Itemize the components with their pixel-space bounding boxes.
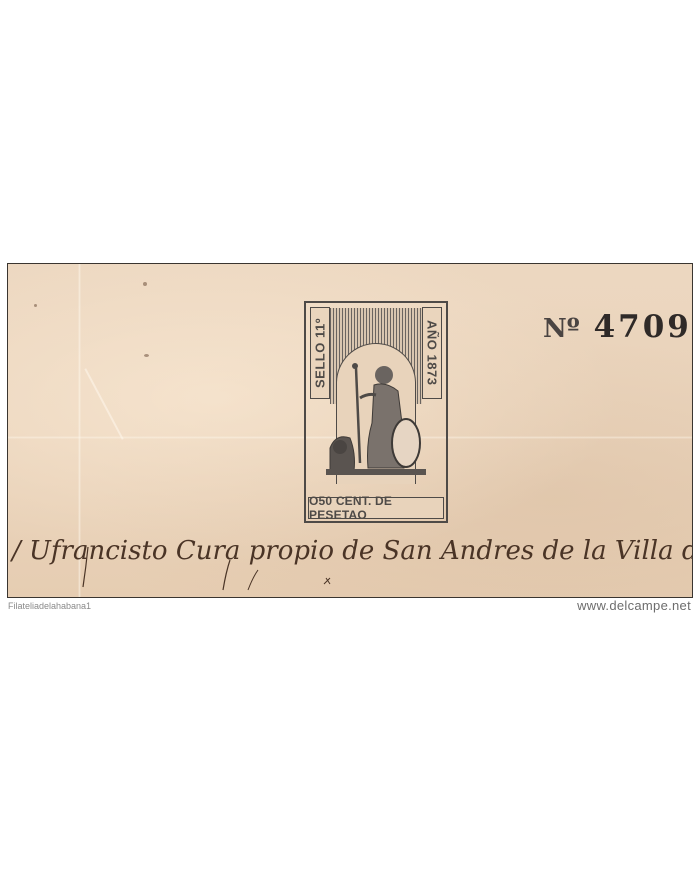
serial-number: Nº 4709	[543, 309, 692, 345]
stamp-series-label: SELLO 11º	[310, 307, 330, 399]
paper-spot	[144, 354, 149, 357]
document-scan: SELLO 11º AÑO 1873 O50 CENT. DE PESETAO …	[7, 263, 693, 598]
handwriting-line-1: / Ufrancisto Cura propio de San Andres d…	[9, 536, 693, 566]
paper-spot	[34, 304, 37, 307]
stamp-year-label: AÑO 1873	[422, 307, 442, 399]
revenue-stamp: SELLO 11º AÑO 1873 O50 CENT. DE PESETAO	[304, 301, 448, 523]
seller-watermark: Filateliadelahabana1	[8, 601, 91, 611]
paper-crease	[84, 368, 123, 440]
allegorical-figure-icon	[326, 343, 426, 483]
handwritten-text: / Ufrancisto Cura propio de San Andres d…	[8, 512, 693, 592]
site-watermark: www.delcampe.net	[577, 598, 691, 613]
serial-prefix: Nº	[543, 314, 580, 344]
paper-spot	[143, 282, 147, 286]
serial-digits: 4709	[594, 309, 692, 345]
